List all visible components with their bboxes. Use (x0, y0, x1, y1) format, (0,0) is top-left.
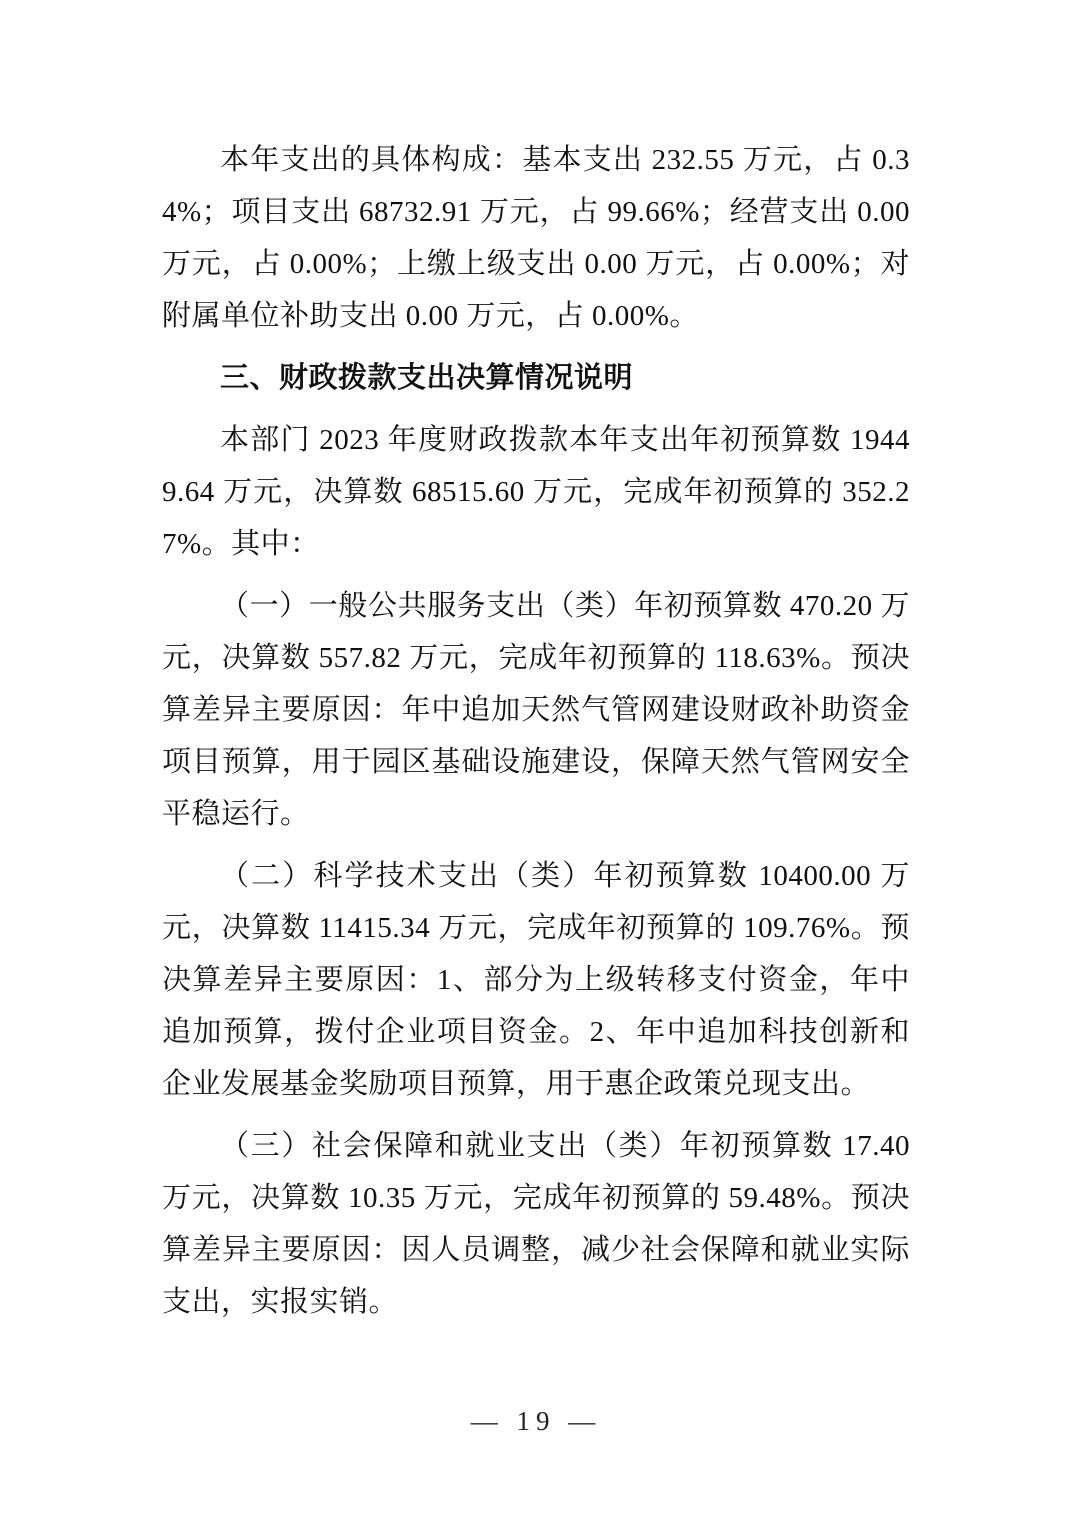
paragraph-item1-general-public-services: （一）一般公共服务支出（类）年初预算数 470.20 万元，决算数 557.82… (162, 580, 910, 840)
paragraph-expenditure-composition: 本年支出的具体构成：基本支出 232.55 万元，占 0.34%；项目支出 68… (162, 134, 910, 342)
document-page: 本年支出的具体构成：基本支出 232.55 万元，占 0.34%；项目支出 68… (0, 0, 1074, 1520)
page-number: — 19 — (471, 1406, 602, 1436)
paragraph-item2-science-technology: （二）科学技术支出（类）年初预算数 10400.00 万元，决算数 11415.… (162, 850, 910, 1110)
paragraph-item3-social-security-employment: （三）社会保障和就业支出（类）年初预算数 17.40 万元，决算数 10.35 … (162, 1120, 910, 1328)
section-heading-fiscal-appropriation-expenditure: 三、财政拨款支出决算情况说明 (162, 352, 910, 404)
paragraph-fiscal-appropriation-summary: 本部门 2023 年度财政拨款本年支出年初预算数 19449.64 万元，决算数… (162, 414, 910, 570)
page-footer: — 19 — (162, 1406, 910, 1436)
document-body: 本年支出的具体构成：基本支出 232.55 万元，占 0.34%；项目支出 68… (162, 134, 910, 1328)
